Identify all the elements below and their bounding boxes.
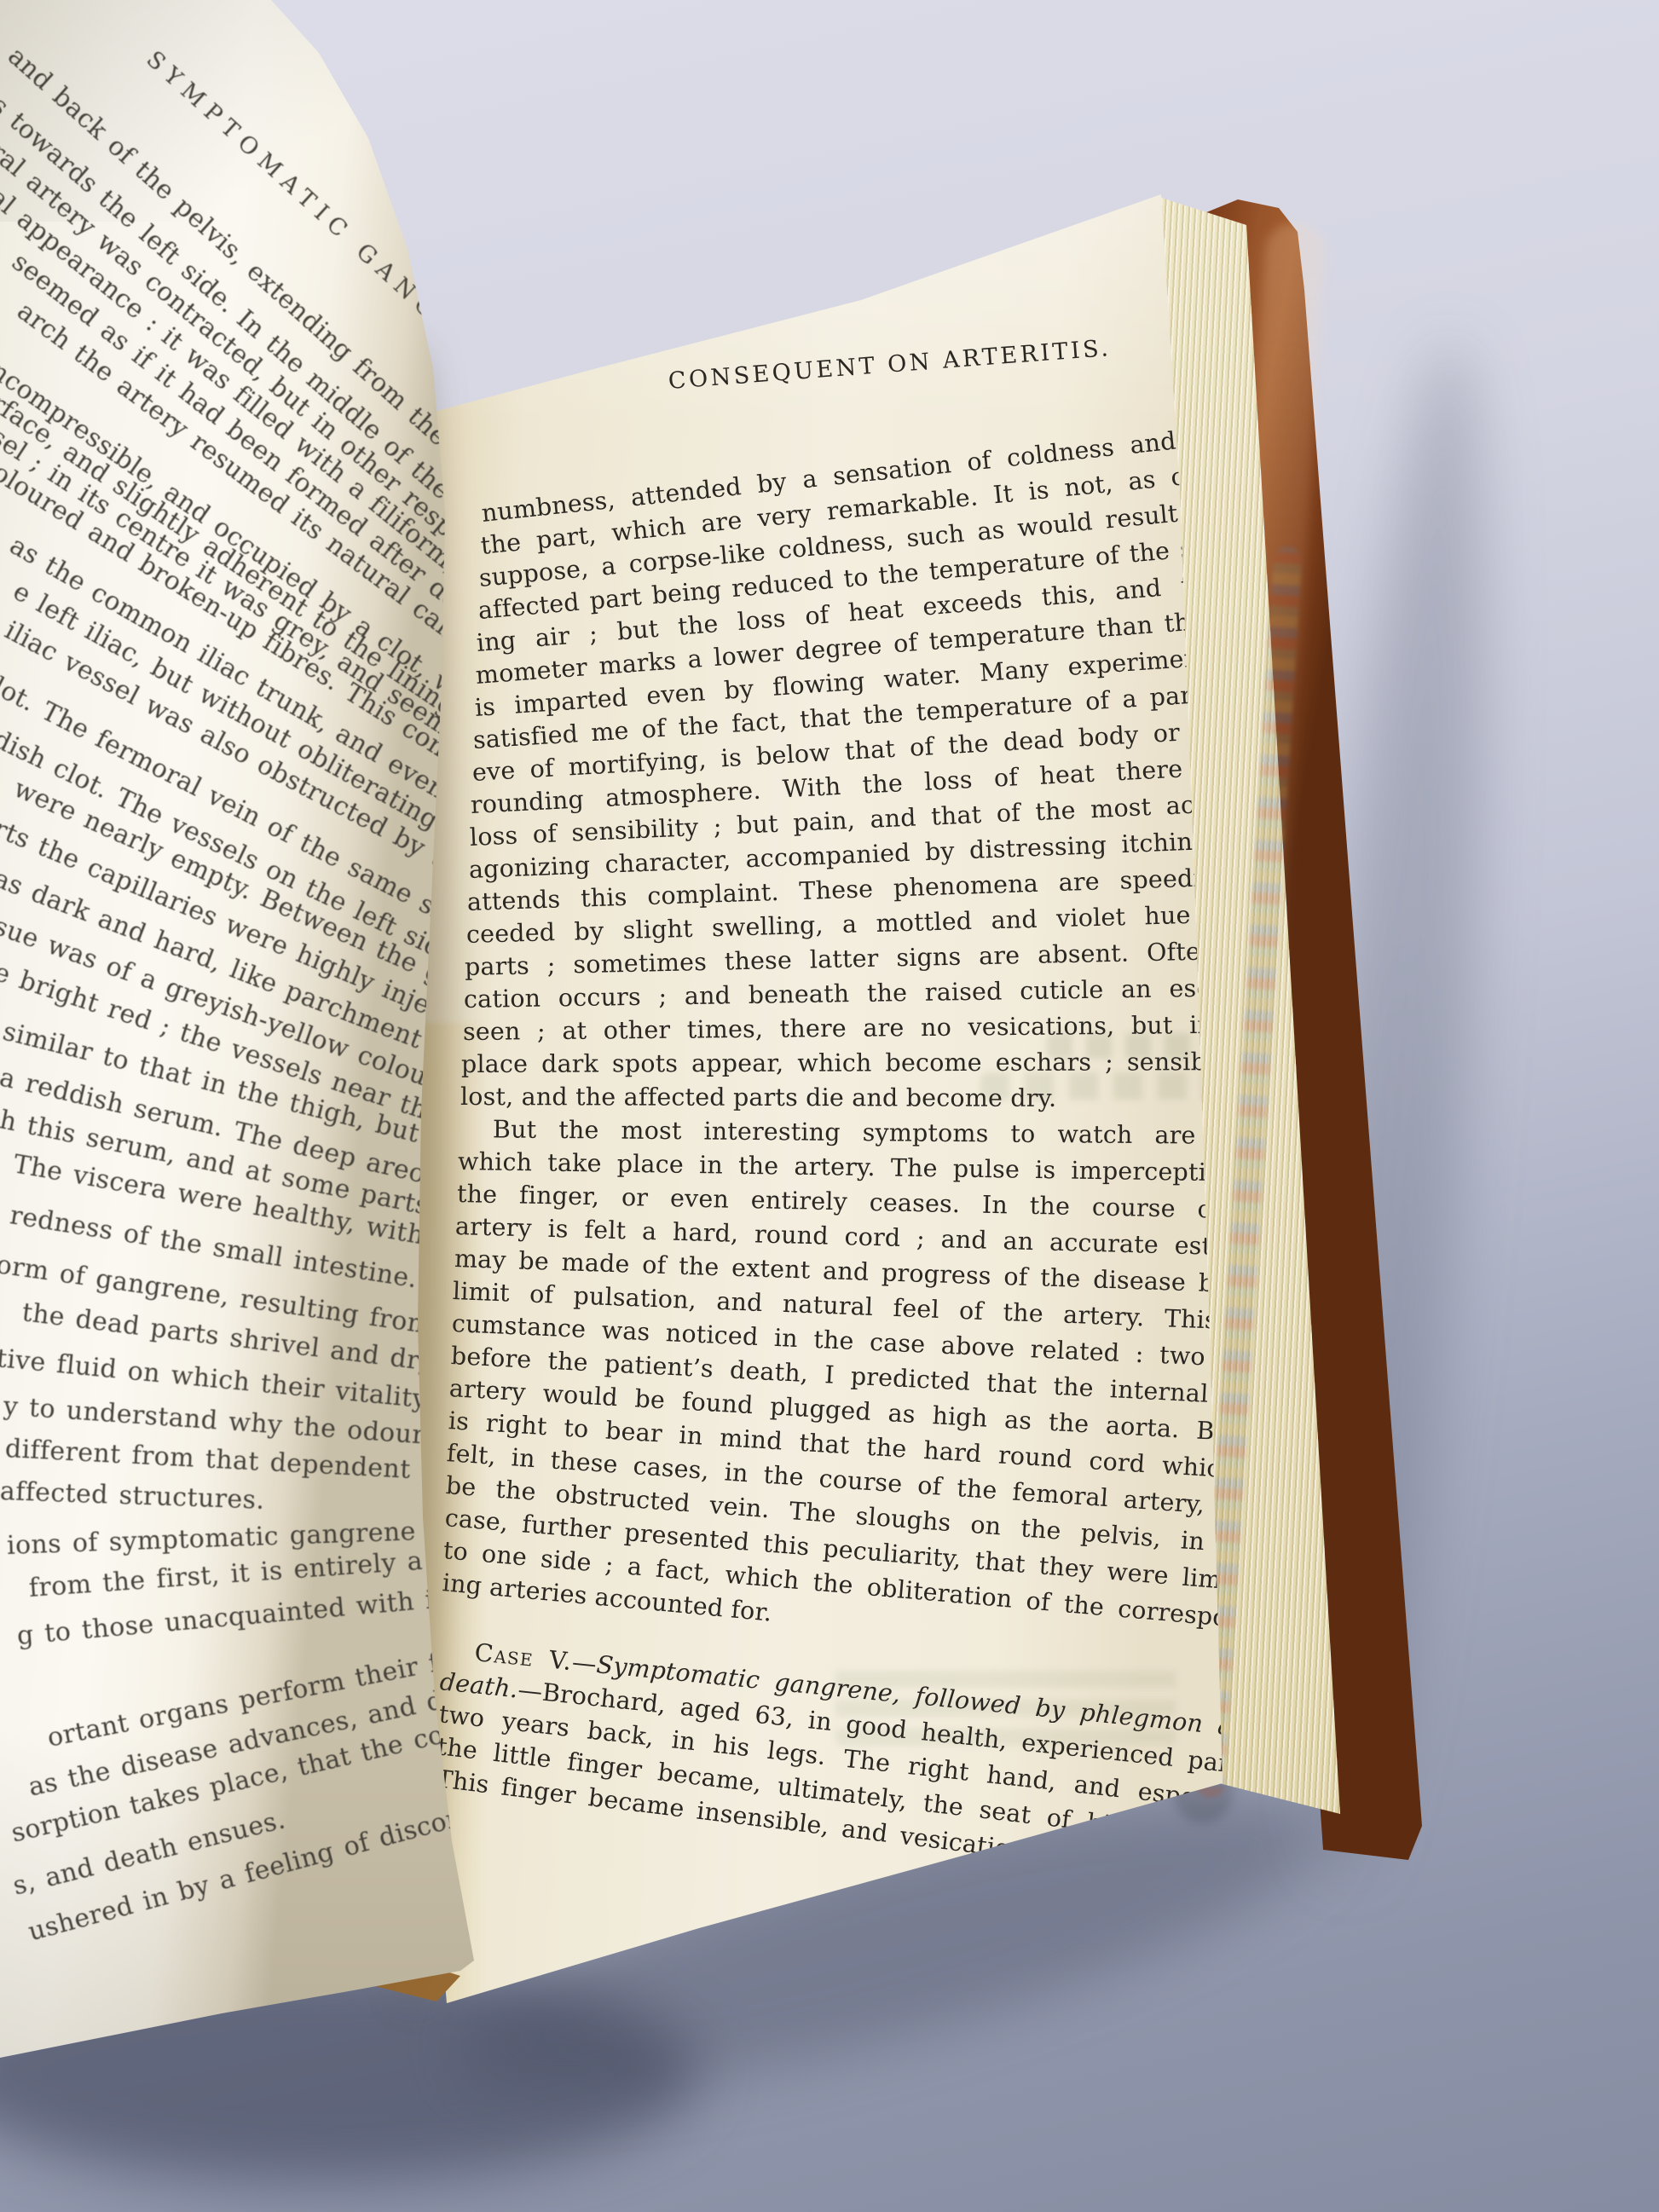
text-line: But the most interesting symptoms to wat… [459,1114,1286,1152]
text-line: lost, and the affected parts die and bec… [460,1082,1287,1115]
text-segment: — [571,1648,598,1678]
text-segment: Case V. [474,1638,575,1676]
text-line: place dark spots appear, which become es… [461,1047,1288,1080]
text-line: affected structures. [0,1476,265,1516]
text-segment: death. [438,1667,519,1703]
photo-open-book: CONSEQUENT ON ARTERITIS. 23 numbness, at… [0,0,1659,2212]
text-line: seen ; at other times, there are no vesi… [462,1009,1289,1048]
